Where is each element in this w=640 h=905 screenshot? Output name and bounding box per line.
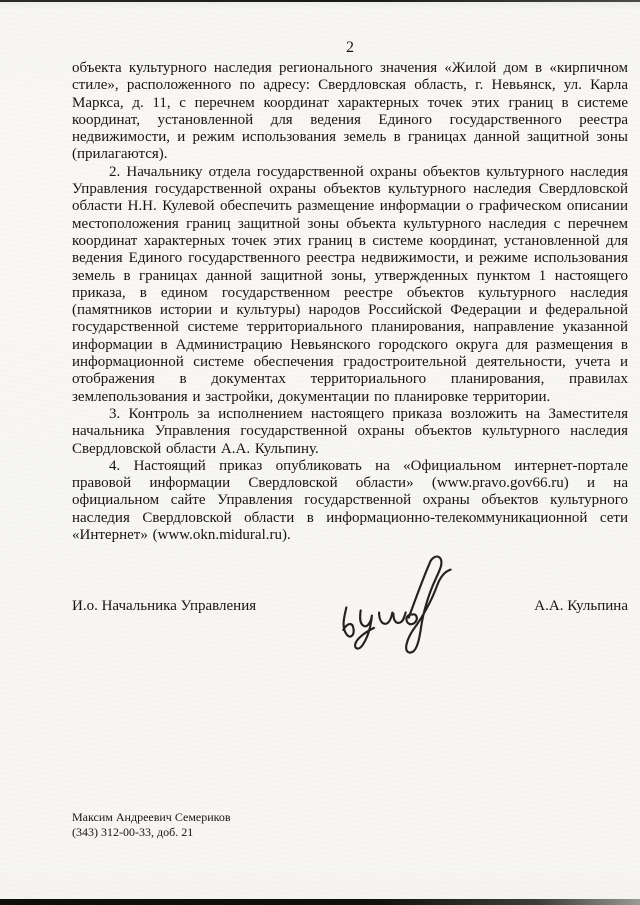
scan-artifact-bottom-edge [0, 899, 640, 905]
scanned-document-page: 2 объекта культурного наследия региональ… [0, 0, 640, 905]
scan-artifact-top-edge [0, 0, 640, 2]
signer-name: А.А. Кульпина [534, 598, 628, 615]
document-body: объекта культурного наследия регионально… [72, 60, 628, 544]
executor-name: Максим Андреевич Семериков [72, 810, 231, 825]
signature-block: И.о. Начальника Управления А.А. Кульпина [72, 598, 628, 615]
page-number: 2 [72, 38, 628, 58]
executor-phone: (343) 312-00-33, доб. 21 [72, 825, 231, 840]
paragraph-item-3: 3. Контроль за исполнением настоящего пр… [72, 406, 628, 458]
executor-contact-block: Максим Андреевич Семериков (343) 312-00-… [72, 810, 231, 839]
paragraph-item-4: 4. Настоящий приказ опубликовать на «Офи… [72, 458, 628, 544]
signer-position-title: И.о. Начальника Управления [72, 598, 256, 615]
paragraph-item-2: 2. Начальнику отдела государственной охр… [72, 164, 628, 406]
paragraph-continuation: объекта культурного наследия регионально… [72, 60, 628, 164]
